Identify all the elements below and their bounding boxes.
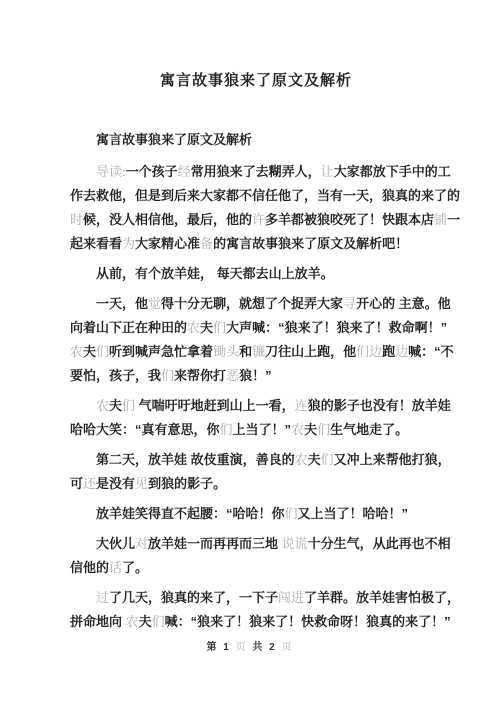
text-line: 哈哈大笑：“真有意思，你们上当了！”农夫们生气地走了。 [70, 418, 442, 442]
paragraph: 过了几天，狼真的来了，一下子闯进了羊群。放羊娃害怕极了，拼命地向 农夫们喊：“狼… [70, 586, 442, 634]
text-segment: 生气地走了。 [330, 422, 408, 437]
text-segment: 到狼的影子。 [148, 476, 226, 491]
paragraph: 放羊娃笑得直不起腰：“哈哈！你们又上当了！哈哈！” [70, 502, 442, 526]
text-line: 要怕，孩子，我们来帮你打恶狼！” [70, 364, 442, 388]
text-line: 可还是没有见到狼的影子。 [70, 472, 442, 496]
light-text-segment: 农 [70, 344, 83, 359]
light-text-segment: 们 [96, 344, 109, 359]
text-segment: 喊：“不 [408, 344, 454, 359]
text-segment: 了几天，狼真的来了，一下子 [109, 590, 278, 605]
text-segment: 共 2 [248, 642, 282, 653]
light-text-segment: 过 [96, 590, 109, 605]
light-text-segment: 经 [178, 164, 191, 179]
light-text-segment: 见 [135, 476, 148, 491]
light-text-segment: 时 [70, 212, 83, 227]
light-text-segment: 铺 [434, 212, 447, 227]
text-segment: 刀往山上跑，他 [265, 344, 356, 359]
light-text-segment: 连 [295, 398, 308, 413]
text-segment: 向着山下正在种田的 [70, 320, 187, 335]
text-segment: 狼！” [239, 368, 272, 383]
light-text-segment: 闯进 [278, 590, 304, 605]
text-segment: 听到喊声急忙拿着 [109, 344, 213, 359]
light-text-segment: 锄头 [213, 344, 239, 359]
light-text-segment: 们 [285, 506, 298, 521]
text-segment: 大声喊：“狼来了！狼来了！救命啊！” [226, 320, 447, 335]
text-segment: 大伙儿 [96, 536, 135, 551]
light-text-segment: 为 [122, 236, 135, 251]
light-text-segment: 页 [236, 642, 248, 653]
light-text-segment: 许 [252, 212, 265, 227]
text-segment: 了。 [122, 560, 148, 575]
light-text-segment: 们 [321, 452, 334, 467]
text-segment: 又上当了！哈哈！” [298, 506, 409, 521]
text-segment: 喊：“狼来了！狼来了！快救命呀！狼真的来了！” [165, 614, 451, 629]
light-text-segment: 导读: [96, 164, 126, 179]
text-segment: 一天，他 [96, 296, 148, 311]
text-segment: 候，没人相信他，最后，他的 [83, 212, 252, 227]
text-segment: 一 [447, 212, 460, 227]
text-segment: 第二天，放羊娃 故伎重演，善良的 [96, 452, 295, 467]
text-line: 一天，他觉得十分无聊，就想了个捉弄大家寻开心的 主意。他 [70, 292, 442, 316]
text-segment: 来帮你打 [174, 368, 226, 383]
text-segment: 上当了！” [233, 422, 292, 437]
light-text-segment: 们 [122, 398, 135, 413]
paragraph: 一天，他觉得十分无聊，就想了个捉弄大家寻开心的 主意。他向着山下正在种田的农夫们… [70, 292, 442, 388]
text-line: 起来看看为大家精心准备的寓言故事狼来了原文及解析吧！ [70, 232, 442, 256]
text-segment: 开心的 主意。他 [356, 296, 451, 311]
text-line: 导读:一个孩子经常用狼来了去糊弄人，让大家都放下手中的工 [70, 160, 442, 184]
text-segment: 拼命地向 [70, 614, 126, 629]
text-line: 从前，有个放羊娃， 每天都去山上放羊。 [70, 262, 442, 286]
light-text-segment: 说谎 [282, 536, 308, 551]
light-text-segment: 们 [161, 368, 174, 383]
text-segment: 了羊群。放羊娃害怕极了， [304, 590, 460, 605]
text-segment: 的寓言故事狼来了原文及解析吧！ [213, 236, 408, 251]
text-segment: 一个孩子 [126, 164, 178, 179]
page-footer: 第 1 页 共 2 页 [0, 638, 500, 653]
text-segment: 放羊娃一而再再而三地 [148, 536, 282, 551]
document-subtitle: 寓言故事狼来了原文及解析 [70, 132, 442, 148]
text-segment: 常用狼来了去糊弄人， [191, 164, 321, 179]
light-text-segment: 们 [220, 422, 233, 437]
text-line: 信他的话了。 [70, 556, 442, 580]
light-text-segment: 农 [187, 320, 200, 335]
text-segment: 十分生气，从此再也不相 [308, 536, 451, 551]
light-text-segment: 对 [135, 536, 148, 551]
light-text-segment: 边 [395, 344, 408, 359]
text-segment: 气喘吁吁地赶到山上一看， [135, 398, 295, 413]
paragraph: 从前，有个放羊娃， 每天都去山上放羊。 [70, 262, 442, 286]
text-segment: 要怕，孩子，我 [70, 368, 161, 383]
text-line: 作去救他，但是到后来大家都不信任他了，当有一天，狼真的来了的 [70, 184, 442, 208]
light-text-segment: 恶 [226, 368, 239, 383]
text-segment: 是没有 [96, 476, 135, 491]
text-segment: 夫 [109, 398, 122, 413]
light-text-segment: 们 [213, 320, 226, 335]
text-line: 农夫们听到喊声急忙拿着锄头和镰刀往山上跑，他们边跑边喊：“不 [70, 340, 442, 364]
text-segment: 跑 [382, 344, 395, 359]
text-line: 时候，没人相信他，最后，他的许多羊都被狼咬死了！快跟本店铺一 [70, 208, 442, 232]
text-segment: 大家精心准 [135, 236, 200, 251]
paragraph: 农夫们 气喘吁吁地赶到山上一看，连狼的影子也没有！放羊娃哈哈大笑：“真有意思，你… [70, 394, 442, 442]
light-text-segment: 们 [317, 422, 330, 437]
text-segment: 夫 [200, 320, 213, 335]
text-segment: 放羊娃笑得直不起腰：“哈哈！你 [96, 506, 285, 521]
light-text-segment: 农 [96, 398, 109, 413]
text-segment: 得十分无聊，就想了个捉弄大家 [161, 296, 343, 311]
light-text-segment: 们边 [356, 344, 382, 359]
text-segment: 起来看看 [70, 236, 122, 251]
light-text-segment: 农 [295, 452, 308, 467]
text-segment: 和 [239, 344, 252, 359]
light-text-segment: 话 [109, 560, 122, 575]
text-segment: 又冲上来帮他打狼， [334, 452, 451, 467]
text-line: 农夫们 气喘吁吁地赶到山上一看，连狼的影子也没有！放羊娃 [70, 394, 442, 418]
document-body: 导读:一个孩子经常用狼来了去糊弄人，让大家都放下手中的工作去救他，但是到后来大家… [70, 160, 442, 634]
document-page: 寓言故事狼来了原文及解析 寓言故事狼来了原文及解析 导读:一个孩子经常用狼来了去… [0, 0, 500, 707]
light-text-segment: 页 [282, 642, 294, 653]
light-text-segment: 还 [83, 476, 96, 491]
light-text-segment: 农 [291, 422, 304, 437]
text-segment: 狼的影子也没有！放羊娃 [308, 398, 451, 413]
text-segment: 作去救他，但是到后来大家都不信任他了，当有一天，狼真的来了的 [70, 188, 460, 203]
light-text-segment: 镰 [252, 344, 265, 359]
text-line: 拼命地向 农夫们喊：“狼来了！狼来了！快救命呀！狼真的来了！” [70, 610, 442, 634]
text-segment: 夫 [83, 344, 96, 359]
light-text-segment: 觉 [148, 296, 161, 311]
text-segment: 多羊都被狼咬死了！快跟本店 [265, 212, 434, 227]
paragraph: 第二天，放羊娃 故伎重演，善良的农夫们又冲上来帮他打狼，可还是没有见到狼的影子。 [70, 448, 442, 496]
paragraph: 大伙儿对放羊娃一而再再而三地 说谎十分生气，从此再也不相信他的话了。 [70, 532, 442, 580]
paragraph: 导读:一个孩子经常用狼来了去糊弄人，让大家都放下手中的工作去救他，但是到后来大家… [70, 160, 442, 256]
text-line: 大伙儿对放羊娃一而再再而三地 说谎十分生气，从此再也不相 [70, 532, 442, 556]
text-segment: 哈哈大笑：“真有意思，你 [70, 422, 220, 437]
document-content: 寓言故事狼来了原文及解析 寓言故事狼来了原文及解析 导读:一个孩子经常用狼来了去… [0, 0, 500, 634]
text-segment: 夫 [304, 422, 317, 437]
text-segment: 大家都放下手中的工 [334, 164, 451, 179]
light-text-segment: 们 [152, 614, 165, 629]
light-text-segment: 农 [126, 614, 139, 629]
light-text-segment: 寻 [343, 296, 356, 311]
text-line: 过了几天，狼真的来了，一下子闯进了羊群。放羊娃害怕极了， [70, 586, 442, 610]
light-text-segment: 备 [200, 236, 213, 251]
text-segment: 夫 [308, 452, 321, 467]
text-segment: 夫 [139, 614, 152, 629]
text-line: 放羊娃笑得直不起腰：“哈哈！你们又上当了！哈哈！” [70, 502, 442, 526]
text-line: 向着山下正在种田的农夫们大声喊：“狼来了！狼来了！救命啊！” [70, 316, 442, 340]
light-text-segment: 让 [321, 164, 334, 179]
text-segment: 可 [70, 476, 83, 491]
text-segment: 信他的 [70, 560, 109, 575]
text-segment: 从前，有个放羊娃， 每天都去山上放羊。 [96, 266, 334, 281]
document-title: 寓言故事狼来了原文及解析 [70, 72, 442, 90]
text-line: 第二天，放羊娃 故伎重演，善良的农夫们又冲上来帮他打狼， [70, 448, 442, 472]
text-segment: 第 1 [206, 642, 235, 653]
